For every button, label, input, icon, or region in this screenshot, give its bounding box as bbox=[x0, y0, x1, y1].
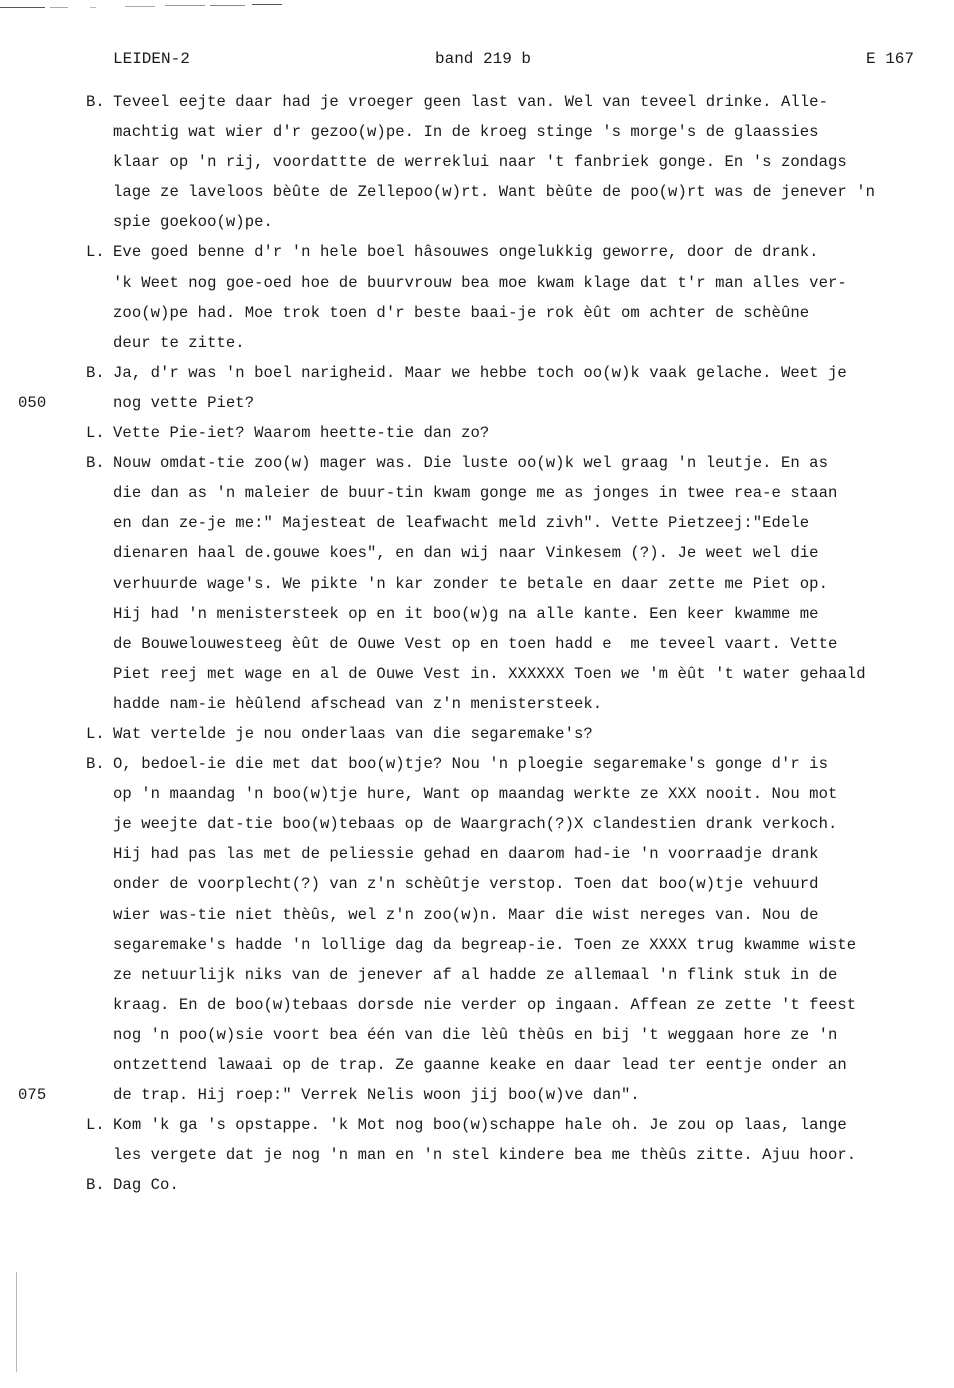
line-text: lage ze laveloos bèûte de Zellepoo(w)rt.… bbox=[113, 180, 875, 204]
transcript-line: zoo(w)pe had. Moe trok toen d'r beste ba… bbox=[0, 301, 954, 331]
line-text: Wat vertelde je nou onderlaas van die se… bbox=[113, 722, 593, 746]
line-text: kraag. En de boo(w)tebaas dorsde nie ver… bbox=[113, 993, 856, 1017]
line-text: hadde nam-ie hèûlend afschead van z'n me… bbox=[113, 692, 602, 716]
transcript-body: B.Teveel eejte daar had je vroeger geen … bbox=[0, 90, 954, 1203]
transcript-line: dienaren haal de.gouwe koes", en dan wij… bbox=[0, 541, 954, 571]
transcript-line: ze netuurlijk niks van de jenever af al … bbox=[0, 963, 954, 993]
transcript-line: hadde nam-ie hèûlend afschead van z'n me… bbox=[0, 692, 954, 722]
transcript-line: nog 'n poo(w)sie voort bea één van die l… bbox=[0, 1023, 954, 1053]
line-text: deur te zitte. bbox=[113, 331, 245, 355]
line-text: Hij had pas las met de peliessie gehad e… bbox=[113, 842, 819, 866]
transcript-line: B.Nouw omdat-tie zoo(w) mager was. Die l… bbox=[0, 451, 954, 481]
pen-scribble-mark bbox=[0, 3, 285, 9]
transcript-line: verhuurde wage's. We pikte 'n kar zonder… bbox=[0, 572, 954, 602]
speaker-label: L. bbox=[86, 1113, 105, 1137]
transcript-line: 075de trap. Hij roep:" Verrek Nelis woon… bbox=[0, 1083, 954, 1113]
speaker-label: B. bbox=[86, 361, 105, 385]
transcript-line: op 'n maandag 'n boo(w)tje hure, Want op… bbox=[0, 782, 954, 812]
line-text: Vette Pie-iet? Waarom heette-tie dan zo? bbox=[113, 421, 489, 445]
page-header: LEIDEN-2 band 219 b E 167 bbox=[0, 50, 954, 72]
transcript-line: les vergete dat je nog 'n man en 'n stel… bbox=[0, 1143, 954, 1173]
line-text: je weejte dat-tie boo(w)tebaas op de Waa… bbox=[113, 812, 837, 836]
speaker-label: L. bbox=[86, 421, 105, 445]
transcript-line: L.Vette Pie-iet? Waarom heette-tie dan z… bbox=[0, 421, 954, 451]
transcript-line: Hij had pas las met de peliessie gehad e… bbox=[0, 842, 954, 872]
margin-edge-line bbox=[16, 1272, 17, 1372]
transcript-line: L.Kom 'k ga 's opstappe. 'k Mot nog boo(… bbox=[0, 1113, 954, 1143]
line-text: ontzettend lawaai op de trap. Ze gaanne … bbox=[113, 1053, 847, 1077]
page-number: E 167 bbox=[866, 50, 914, 68]
transcript-line: onder de voorplecht(?) van z'n schèûtje … bbox=[0, 872, 954, 902]
line-text: les vergete dat je nog 'n man en 'n stel… bbox=[113, 1143, 856, 1167]
line-text: zoo(w)pe had. Moe trok toen d'r beste ba… bbox=[113, 301, 809, 325]
line-text: op 'n maandag 'n boo(w)tje hure, Want op… bbox=[113, 782, 837, 806]
transcript-line: B.Ja, d'r was 'n boel narigheid. Maar we… bbox=[0, 361, 954, 391]
transcript-line: deur te zitte. bbox=[0, 331, 954, 361]
transcript-line: Piet reej met wage en al de Ouwe Vest in… bbox=[0, 662, 954, 692]
transcript-line: 'k Weet nog goe-oed hoe de buurvrouw bea… bbox=[0, 271, 954, 301]
line-text: die dan as 'n maleier de buur-tin kwam g… bbox=[113, 481, 837, 505]
line-text: nog vette Piet? bbox=[113, 391, 254, 415]
transcript-line: B.O, bedoel-ie die met dat boo(w)tje? No… bbox=[0, 752, 954, 782]
transcript-line: Hij had 'n menistersteek op en it boo(w)… bbox=[0, 602, 954, 632]
line-text: verhuurde wage's. We pikte 'n kar zonder… bbox=[113, 572, 828, 596]
line-text: Nouw omdat-tie zoo(w) mager was. Die lus… bbox=[113, 451, 828, 475]
speaker-label: B. bbox=[86, 90, 105, 114]
line-text: onder de voorplecht(?) van z'n schèûtje … bbox=[113, 872, 819, 896]
line-text: de trap. Hij roep:" Verrek Nelis woon ji… bbox=[113, 1083, 640, 1107]
line-text: ze netuurlijk niks van de jenever af al … bbox=[113, 963, 837, 987]
transcript-line: L.Wat vertelde je nou onderlaas van die … bbox=[0, 722, 954, 752]
line-text: wier was-tie niet thèûs, wel z'n zoo(w)n… bbox=[113, 903, 819, 927]
line-text: Dag Co. bbox=[113, 1173, 179, 1197]
line-text: klaar op 'n rij, voordattte de werreklui… bbox=[113, 150, 847, 174]
transcript-line: de Bouwelouwesteeg èût de Ouwe Vest op e… bbox=[0, 632, 954, 662]
tape-counter-mark: 050 bbox=[18, 391, 46, 415]
archive-code: LEIDEN-2 bbox=[113, 50, 190, 68]
speaker-label: B. bbox=[86, 752, 105, 776]
transcript-line: spie goekoo(w)pe. bbox=[0, 210, 954, 240]
transcript-line: ontzettend lawaai op de trap. Ze gaanne … bbox=[0, 1053, 954, 1083]
transcript-line: wier was-tie niet thèûs, wel z'n zoo(w)n… bbox=[0, 903, 954, 933]
speaker-label: L. bbox=[86, 722, 105, 746]
transcript-line: lage ze laveloos bèûte de Zellepoo(w)rt.… bbox=[0, 180, 954, 210]
tape-counter-mark: 075 bbox=[18, 1083, 46, 1107]
speaker-label: B. bbox=[86, 1173, 105, 1197]
transcript-line: B.Teveel eejte daar had je vroeger geen … bbox=[0, 90, 954, 120]
line-text: dienaren haal de.gouwe koes", en dan wij… bbox=[113, 541, 819, 565]
line-text: spie goekoo(w)pe. bbox=[113, 210, 273, 234]
line-text: nog 'n poo(w)sie voort bea één van die l… bbox=[113, 1023, 837, 1047]
line-text: Ja, d'r was 'n boel narigheid. Maar we h… bbox=[113, 361, 847, 385]
line-text: O, bedoel-ie die met dat boo(w)tje? Nou … bbox=[113, 752, 828, 776]
line-text: Eve goed benne d'r 'n hele boel hâsouwes… bbox=[113, 240, 819, 264]
transcript-line: L.Eve goed benne d'r 'n hele boel hâsouw… bbox=[0, 240, 954, 270]
transcript-line: en dan ze-je me:" Majesteat de leafwacht… bbox=[0, 511, 954, 541]
transcript-line: klaar op 'n rij, voordattte de werreklui… bbox=[0, 150, 954, 180]
speaker-label: B. bbox=[86, 451, 105, 475]
line-text: segaremake's hadde 'n lollige dag da beg… bbox=[113, 933, 856, 957]
speaker-label: L. bbox=[86, 240, 105, 264]
line-text: Kom 'k ga 's opstappe. 'k Mot nog boo(w)… bbox=[113, 1113, 847, 1137]
transcript-line: kraag. En de boo(w)tebaas dorsde nie ver… bbox=[0, 993, 954, 1023]
line-text: de Bouwelouwesteeg èût de Ouwe Vest op e… bbox=[113, 632, 837, 656]
tape-label: band 219 b bbox=[435, 50, 531, 68]
line-text: Teveel eejte daar had je vroeger geen la… bbox=[113, 90, 828, 114]
transcript-line: die dan as 'n maleier de buur-tin kwam g… bbox=[0, 481, 954, 511]
transcript-line: je weejte dat-tie boo(w)tebaas op de Waa… bbox=[0, 812, 954, 842]
transcript-line: machtig wat wier d'r gezoo(w)pe. In de k… bbox=[0, 120, 954, 150]
line-text: Piet reej met wage en al de Ouwe Vest in… bbox=[113, 662, 866, 686]
transcript-line: B.Dag Co. bbox=[0, 1173, 954, 1203]
line-text: 'k Weet nog goe-oed hoe de buurvrouw bea… bbox=[113, 271, 847, 295]
transcript-line: segaremake's hadde 'n lollige dag da beg… bbox=[0, 933, 954, 963]
line-text: en dan ze-je me:" Majesteat de leafwacht… bbox=[113, 511, 809, 535]
transcript-line: 050nog vette Piet? bbox=[0, 391, 954, 421]
line-text: Hij had 'n menistersteek op en it boo(w)… bbox=[113, 602, 819, 626]
line-text: machtig wat wier d'r gezoo(w)pe. In de k… bbox=[113, 120, 819, 144]
